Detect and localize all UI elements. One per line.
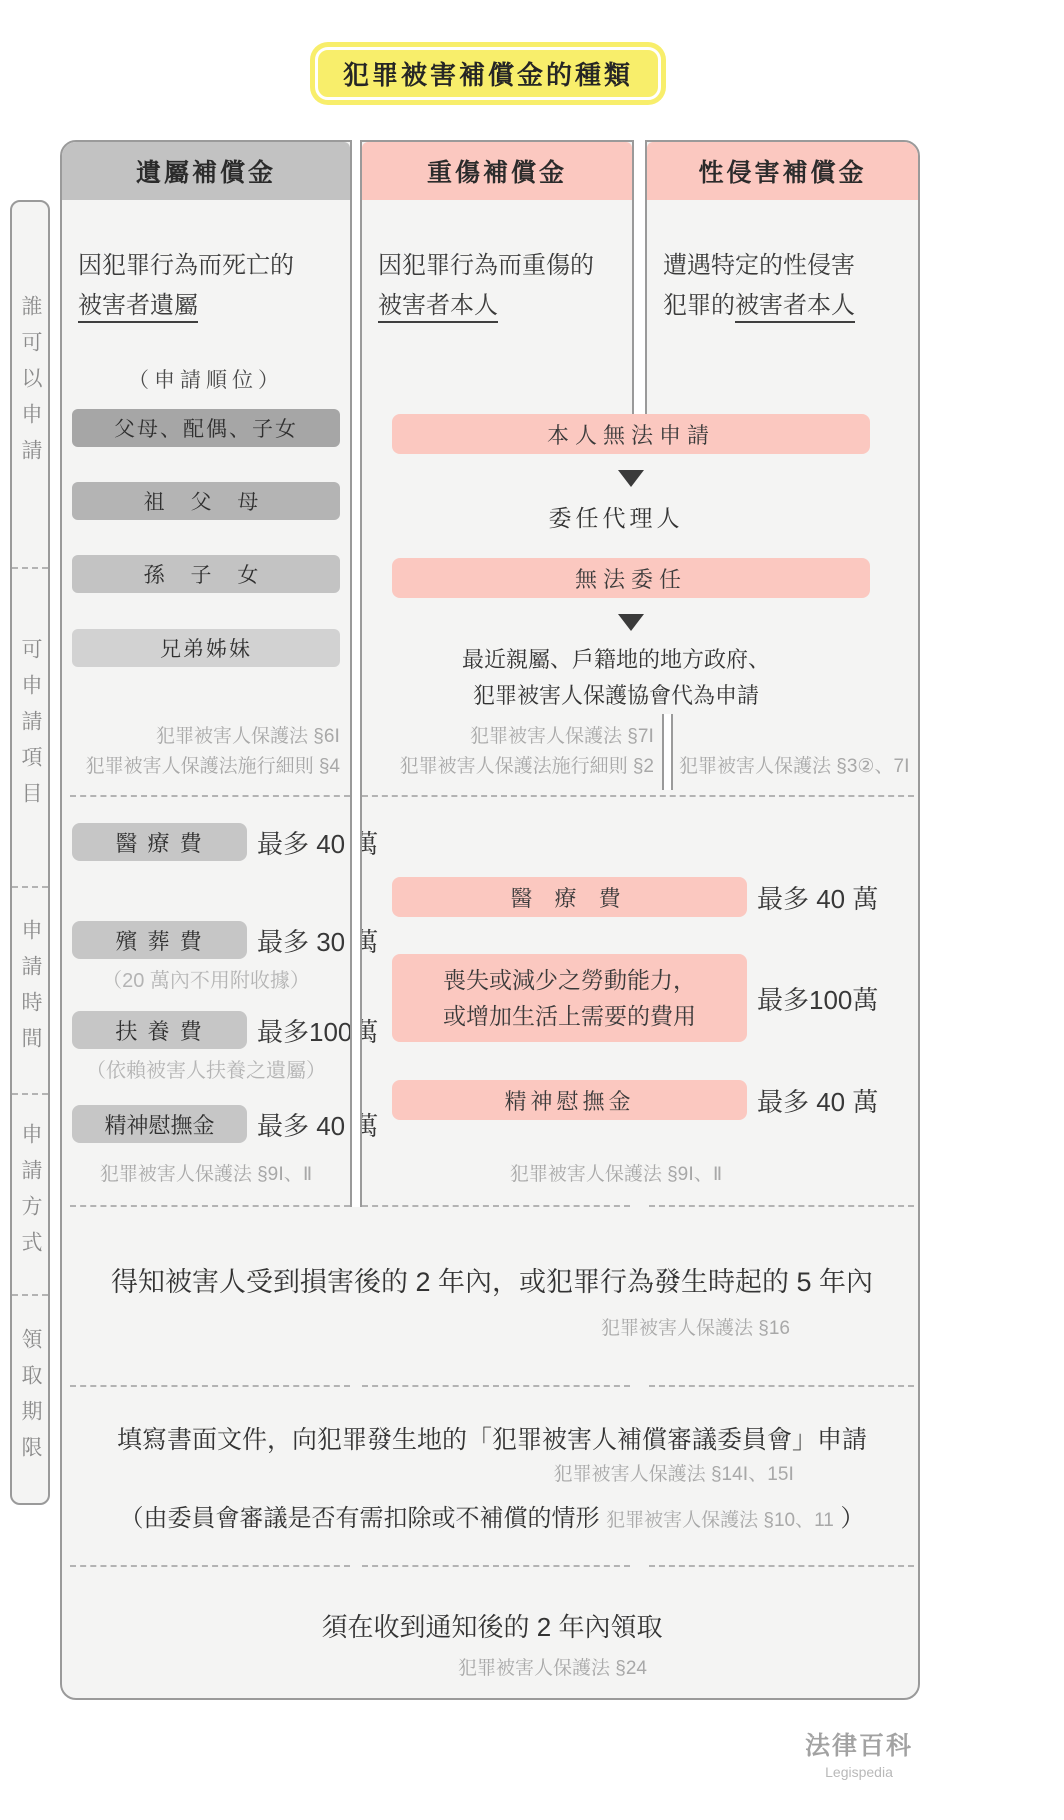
sidebar-section-items: 可申請項目 xyxy=(12,567,48,886)
injury-desc-line1: 因犯罪行為而重傷的 xyxy=(378,252,594,279)
priority-order-title: （申請順位） xyxy=(62,364,350,394)
injury-citation-1: 犯罪被害人保護法 §7Ⅰ xyxy=(470,726,654,747)
dashed-separator xyxy=(70,1565,350,1567)
priority-box-3: 孫 子 女 xyxy=(72,555,340,593)
survivor-citation-2: 犯罪被害人保護法施行細則 §4 xyxy=(86,756,340,777)
survivor-desc-line1: 因犯罪行為而死亡的 xyxy=(78,252,294,279)
column-header-survivor: 遺屬補償金 xyxy=(62,142,350,200)
sidebar-section-method: 申請方式 xyxy=(12,1093,48,1295)
dashed-separator xyxy=(70,1385,350,1387)
shared-value-medical: 最多 40 萬 xyxy=(757,877,878,917)
survivor-desc-underlined: 被害者遺屬 xyxy=(78,292,198,323)
dashed-separator xyxy=(70,795,350,797)
column-header-sexual-assault: 性侵害補償金 xyxy=(647,142,918,200)
dashed-separator xyxy=(362,1565,630,1567)
down-arrow-icon xyxy=(618,614,644,631)
method-note-close: ） xyxy=(841,1505,865,1532)
infographic-canvas: 犯罪被害補償金的種類 誰可以申請 可申請項目 申請時間 申請方式 領取期限 遺屬… xyxy=(0,0,1064,1820)
sidebar-label-apply-method: 申請方式 xyxy=(15,1123,45,1267)
brand-name: 法律百科 xyxy=(800,1726,918,1762)
main-table: 遺屬補償金 重傷補償金 性侵害補償金 因犯罪行為而死亡的 被害者遺屬 （申請順位… xyxy=(60,140,920,1700)
sexual-desc-underlined: 被害者本人 xyxy=(735,292,855,323)
shared-item-labor-line2: 或增加生活上需要的費用 xyxy=(443,998,696,1034)
dashed-separator xyxy=(70,1205,350,1207)
apply-method-citation: 犯罪被害人保護法 §14Ⅰ、15Ⅰ xyxy=(62,1460,922,1490)
sexual-description: 遭遇特定的性侵害 犯罪的被害者本人 xyxy=(663,246,855,326)
dashed-separator xyxy=(362,1205,630,1207)
sidebar-label-who-can-apply: 誰可以申請 xyxy=(15,295,45,475)
flow-box-cannot-apply: 本人無法申請 xyxy=(392,414,870,454)
item-tag-support: 扶 養 費 xyxy=(72,1011,247,1049)
survivor-citations: 犯罪被害人保護法 §6Ⅰ 犯罪被害人保護法施行細則 §4 xyxy=(62,722,340,782)
claim-deadline-citation: 犯罪被害人保護法 §24 xyxy=(62,1654,922,1684)
survivor-item-support: 扶 養 費 最多100萬 xyxy=(72,1010,378,1050)
shared-item-labor-line1: 喪失或減少之勞動能力， xyxy=(443,962,696,998)
survivor-item-funeral: 殯 葬 費 最多 30 萬 xyxy=(72,920,378,960)
funeral-note: （20 萬內不用附收據） xyxy=(62,964,350,993)
flow-result-line1: 最近親屬、戶籍地的地方政府、 xyxy=(462,647,770,672)
sexual-desc-line1: 遭遇特定的性侵害 xyxy=(663,252,855,279)
dashed-separator xyxy=(649,1205,914,1207)
sidebar-label-claim-deadline: 領取期限 xyxy=(15,1328,45,1472)
survivor-item-solatium: 精神慰撫金 最多 40 萬 xyxy=(72,1104,378,1144)
flow-result-text: 最近親屬、戶籍地的地方政府、 犯罪被害人保護協會代為申請 xyxy=(362,642,870,714)
dashed-separator xyxy=(649,1385,914,1387)
priority-box-1: 父母、配偶、子女 xyxy=(72,409,340,447)
apply-method-note: （由委員會審議是否有需扣除或不補償的情形 犯罪被害人保護法 §10、11 ） xyxy=(62,1498,922,1536)
brand-name-en: Legispedia xyxy=(800,1764,918,1780)
brand-logo: 法律百科 Legispedia xyxy=(800,1726,918,1780)
shared-items-citation: 犯罪被害人保護法 §9Ⅰ、Ⅱ xyxy=(362,1160,870,1190)
priority-box-4: 兄弟姊妹 xyxy=(72,629,340,667)
title-badge-inner: 犯罪被害補償金的種類 xyxy=(315,47,661,100)
flow-box-cannot-delegate: 無法委任 xyxy=(392,558,870,598)
item-tag-solatium: 精神慰撫金 xyxy=(72,1105,247,1143)
item-tag-medical: 醫 療 費 xyxy=(72,823,247,861)
shared-item-solatium: 精神慰撫金 xyxy=(392,1080,747,1120)
sidebar-label-claimable-items: 可申請項目 xyxy=(15,638,45,818)
claim-deadline-text: 須在收到通知後的 2 年內領取 xyxy=(62,1607,922,1644)
injury-description: 因犯罪行為而重傷的 被害者本人 xyxy=(378,246,594,326)
shared-value-labor: 最多100萬 xyxy=(757,978,878,1018)
survivor-items-citation: 犯罪被害人保護法 §9Ⅰ、Ⅱ xyxy=(62,1160,350,1190)
sexual-desc-line2-prefix: 犯罪的 xyxy=(663,292,735,319)
injury-citation-2: 犯罪被害人保護法施行細則 §2 xyxy=(400,756,654,777)
title-badge: 犯罪被害補償金的種類 xyxy=(310,42,666,105)
survivor-item-medical: 醫 療 費 最多 40 萬 xyxy=(72,822,378,862)
injury-desc-underlined: 被害者本人 xyxy=(378,292,498,323)
survivor-citation-1: 犯罪被害人保護法 §6Ⅰ xyxy=(156,726,340,747)
sidebar-section-time: 申請時間 xyxy=(12,886,48,1092)
sidebar-section-claim: 領取期限 xyxy=(12,1294,48,1503)
down-arrow-icon xyxy=(618,470,644,487)
shared-value-solatium: 最多 40 萬 xyxy=(757,1080,878,1120)
shared-item-labor: 喪失或減少之勞動能力， 或增加生活上需要的費用 xyxy=(392,954,747,1042)
citation-divider xyxy=(662,714,673,790)
row-header-sidebar: 誰可以申請 可申請項目 申請時間 申請方式 領取期限 xyxy=(10,200,50,1505)
column-divider-2 xyxy=(632,140,647,414)
support-note: （依賴被害人扶養之遺屬） xyxy=(62,1054,350,1083)
dashed-separator xyxy=(362,795,914,797)
dashed-separator xyxy=(649,1565,914,1567)
method-note-text: （由委員會審議是否有需扣除或不補償的情形 xyxy=(119,1505,599,1532)
apply-time-citation: 犯罪被害人保護法 §16 xyxy=(62,1314,922,1344)
shared-item-medical: 醫 療 費 xyxy=(392,877,747,917)
column-divider-1 xyxy=(350,140,362,1207)
apply-method-text: 填寫書面文件，向犯罪發生地的「犯罪被害人補償審議委員會」申請 xyxy=(62,1420,922,1456)
column-header-serious-injury: 重傷補償金 xyxy=(362,142,632,200)
item-tag-funeral: 殯 葬 費 xyxy=(72,921,247,959)
flow-delegate-label: 委任代理人 xyxy=(362,500,870,533)
method-note-citation: 犯罪被害人保護法 §10、11 xyxy=(606,1510,834,1531)
dashed-separator xyxy=(362,1385,630,1387)
survivor-description: 因犯罪行為而死亡的 被害者遺屬 xyxy=(78,246,294,326)
apply-time-text: 得知被害人受到損害後的 2 年內，或犯罪行為發生時起的 5 年內 xyxy=(62,1260,922,1299)
flow-result-line2: 犯罪被害人保護協會代為申請 xyxy=(473,683,759,708)
page-title: 犯罪被害補償金的種類 xyxy=(343,55,633,92)
sidebar-label-apply-time: 申請時間 xyxy=(15,919,45,1063)
priority-box-2: 祖 父 母 xyxy=(72,482,340,520)
injury-citations: 犯罪被害人保護法 §7Ⅰ 犯罪被害人保護法施行細則 §2 xyxy=(362,722,654,782)
sidebar-section-who: 誰可以申請 xyxy=(12,202,48,567)
sexual-citation: 犯罪被害人保護法 §3②、7Ⅰ xyxy=(679,752,910,782)
